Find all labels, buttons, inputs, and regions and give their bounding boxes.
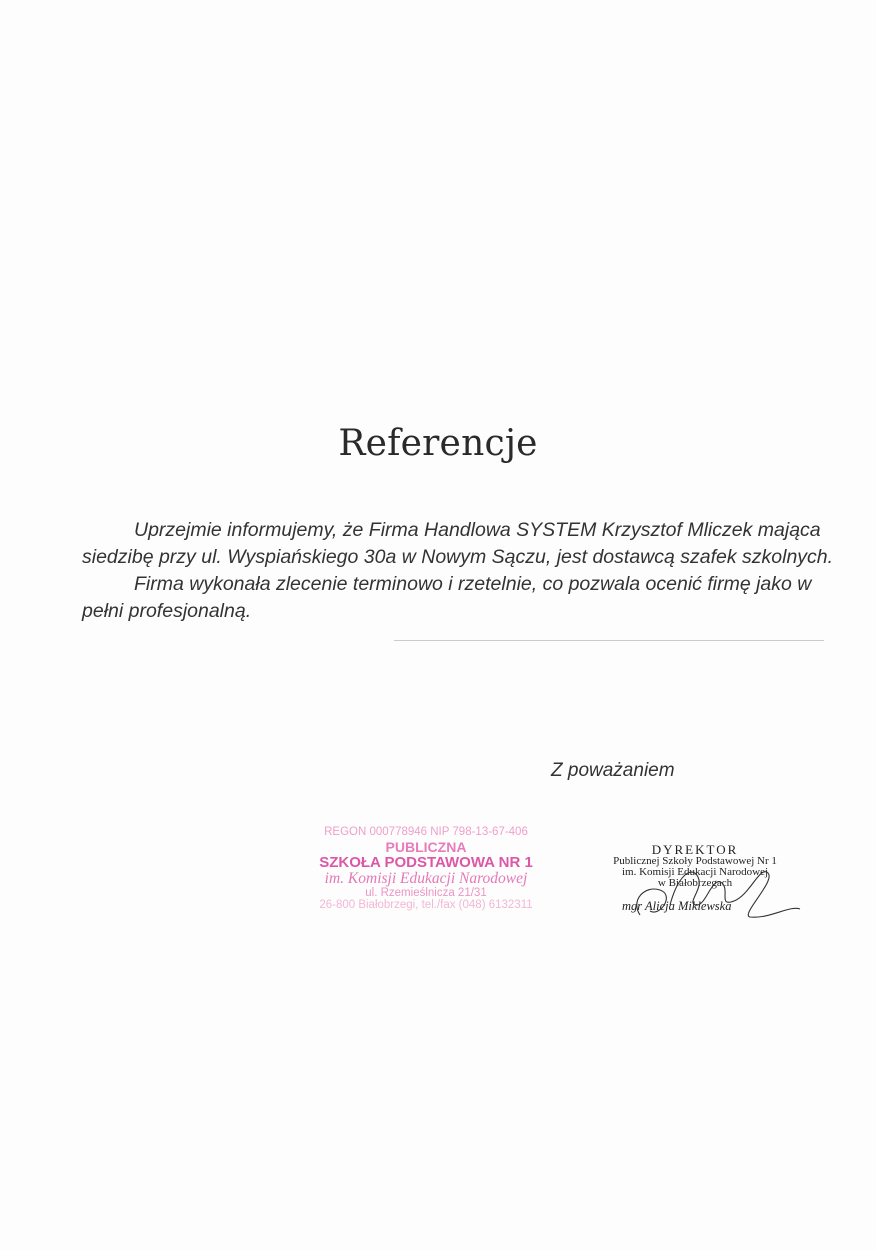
paragraph-1: Uprzejmie informujemy, że Firma Handlowa… [82,517,842,571]
stamp-regon-nip: REGON 000778946 NIP 798-13-67-406 [300,826,552,839]
stamp-school-name: SZKOŁA PODSTAWOWA NR 1 [300,855,552,871]
stamp-patron: im. Komisji Edukacji Narodowej [300,871,552,887]
closing-salutation: Z poważaniem [551,760,675,782]
stamp-street: ul. Rzemieślnicza 21/31 [300,887,552,899]
handwritten-signature-icon [600,845,810,925]
stamp-city-phone: 26-800 Białobrzegi, tel./fax (048) 61323… [300,899,552,912]
document-title: Referencje [0,423,876,464]
school-stamp: REGON 000778946 NIP 798-13-67-406 PUBLIC… [300,826,552,912]
paragraph-2: Firma wykonała zlecenie terminowo i rzet… [82,571,842,625]
divider-line [394,640,824,641]
stamp-line-publiczna: PUBLICZNA [300,839,552,855]
document-body: Uprzejmie informujemy, że Firma Handlowa… [82,517,842,625]
